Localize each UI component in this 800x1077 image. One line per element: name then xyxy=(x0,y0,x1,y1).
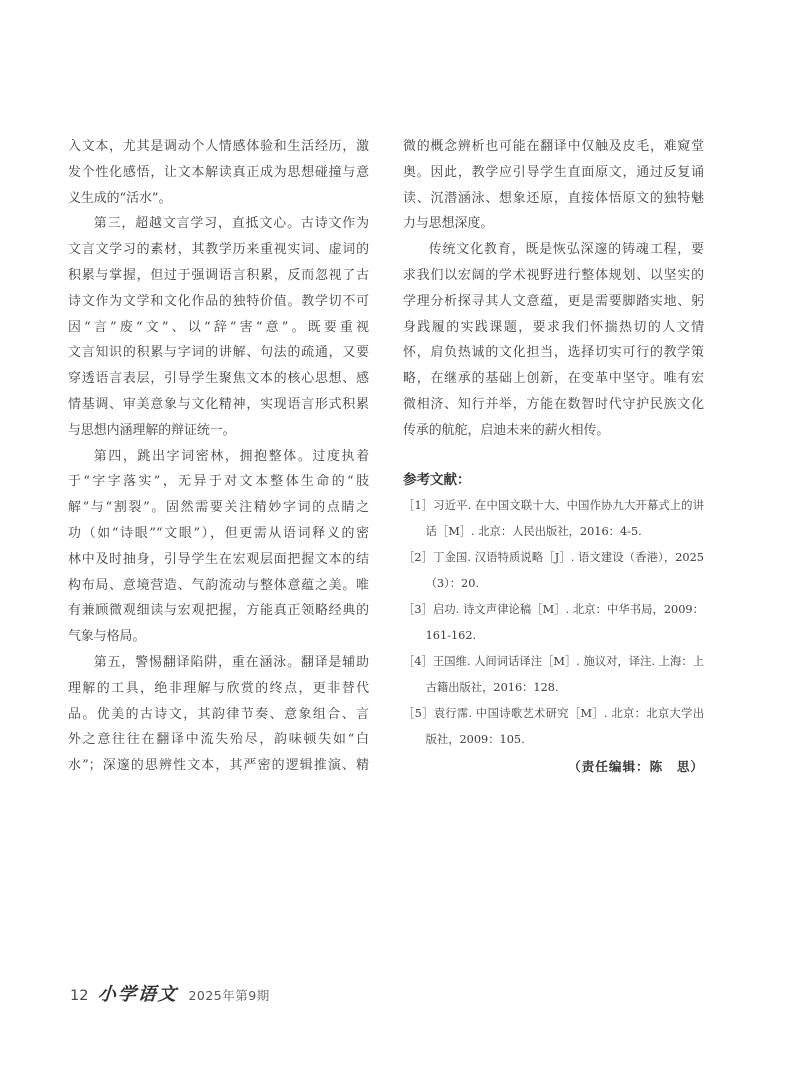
text-line: 身践履的实践课题，要求我们怀揣热切的人文情 xyxy=(403,315,704,341)
text-line: 诗文作为文学和文化作品的独特价值。教学切不可 xyxy=(68,289,369,315)
text-line: 解”与“割裂”。固然需要关注精妙字词的点睛之 xyxy=(68,495,369,521)
text-line: 微相济、知行并举，方能在数智时代守护民族文化 xyxy=(403,392,704,418)
editor-note: （责任编辑：陈 思） xyxy=(403,754,704,780)
text-line: 第五，警惕翻译陷阱，重在涵泳。翻译是辅助 xyxy=(68,650,369,676)
page-footer: 12 小学语文 2025年第9期 xyxy=(70,980,270,1006)
text-line: 学理分析探寻其人文意蕴，更是需要脚踏实地、躬 xyxy=(403,289,704,315)
text-line: 力与思想深度。 xyxy=(403,211,704,237)
reference-line: ［5］袁行霈. 中国诗歌艺术研究［M］. 北京：北京大学出 xyxy=(403,701,704,727)
text-line: 穿透语言表层，引导学生聚焦文本的核心思想、感 xyxy=(68,366,369,392)
text-line: 读、沉潜涵泳、想象还原，直接体悟原文的独特魅 xyxy=(403,186,704,212)
text-line: 微的概念辨析也可能在翻译中仅触及皮毛，难窥堂 xyxy=(403,134,704,160)
left-text-column: 入文本，尤其是调动个人情感体验和生活经历，激发个性化感悟，让文本解读真正成为思想… xyxy=(68,134,369,779)
reference-line: 话［M］. 北京：人民出版社，2016：4-5. xyxy=(403,519,704,545)
references-heading: 参考文献： xyxy=(403,467,704,493)
text-line: 传统文化教育，既是恢弘深邃的铸魂工程，要 xyxy=(403,237,704,263)
text-line: 外之意往往在翻译中流失殆尽，韵味顿失如“白 xyxy=(68,727,369,753)
text-line: 第三，超越文言学习，直抵文心。古诗文作为 xyxy=(68,211,369,237)
text-line: 入文本，尤其是调动个人情感体验和生活经历，激 xyxy=(68,134,369,160)
text-line: 有兼顾微观细读与宏观把握，方能真正领略经典的 xyxy=(68,598,369,624)
right-body-text: 微的概念辨析也可能在翻译中仅触及皮毛，难窥堂奥。因此，教学应引导学生直面原文，通… xyxy=(403,134,704,444)
text-line: 发个性化感悟，让文本解读真正成为思想碰撞与意 xyxy=(68,160,369,186)
text-line: 积累与掌握，但过于强调语言积累，反而忽视了古 xyxy=(68,263,369,289)
text-line: 于“字字落实”，无异于对文本整体生命的“肢 xyxy=(68,469,369,495)
reference-line: （3）：20. xyxy=(403,571,704,597)
text-line: 因“言”废“文”、以“辞”害“意”。既要重视 xyxy=(68,315,369,341)
text-line: 水”；深邃的思辨性文本，其严密的逻辑推演、精 xyxy=(68,753,369,779)
right-text-column: 微的概念辨析也可能在翻译中仅触及皮毛，难窥堂奥。因此，教学应引导学生直面原文，通… xyxy=(403,134,704,780)
text-line: 怀，肩负热诚的文化担当，选择切实可行的教学策 xyxy=(403,340,704,366)
text-line: 气象与格局。 xyxy=(68,624,369,650)
journal-page: 入文本，尤其是调动个人情感体验和生活经历，激发个性化感悟，让文本解读真正成为思想… xyxy=(0,0,800,1077)
text-line: 第四，跳出字词密林，拥抱整体。过度执着 xyxy=(68,444,369,470)
reference-line: 古籍出版社，2016：128. xyxy=(403,675,704,701)
issue-label: 2025年第9期 xyxy=(188,986,269,1004)
journal-logo: 小学语文 xyxy=(98,980,180,1006)
text-line: 与思想内涵理解的辩证统一。 xyxy=(68,418,369,444)
text-line: 情基调、审美意象与文化精神，实现语言形式积累 xyxy=(68,392,369,418)
text-line: 品。优美的古诗文，其韵律节奏、意象组合、言 xyxy=(68,702,369,728)
reference-line: ［3］启功. 诗文声律论稿［M］. 北京：中华书局，2009： xyxy=(403,597,704,623)
reference-line: ［4］王国维. 人间词话译注［M］. 施议对，译注. 上海：上海 xyxy=(403,649,704,675)
text-line: 求我们以宏阔的学术视野进行整体规划、以坚实的 xyxy=(403,263,704,289)
reference-line: ［1］习近平. 在中国文联十大、中国作协九大开幕式上的讲 xyxy=(403,493,704,519)
text-line: 功（如“诗眼”“文眼”），但更需从语词释义的密 xyxy=(68,521,369,547)
reference-line: ［2］丁金国. 汉语特质说略［J］. 语文建设（香港），2025 xyxy=(403,545,704,571)
page-number: 12 xyxy=(70,988,88,1004)
text-line: 构布局、意境营造、气韵流动与整体意蕴之美。唯 xyxy=(68,573,369,599)
text-line: 义生成的“活水”。 xyxy=(68,186,369,212)
reference-line: 161-162. xyxy=(403,623,704,649)
reference-line: 版社，2009：105. xyxy=(403,727,704,753)
text-line: 传承的航舵，启迪未来的薪火相传。 xyxy=(403,418,704,444)
text-line: 文言知识的积累与字词的讲解、句法的疏通，又要 xyxy=(68,340,369,366)
text-line: 林中及时抽身，引导学生在宏观层面把握文本的结 xyxy=(68,547,369,573)
text-line: 文言文学习的素材，其教学历来重视实词、虚词的 xyxy=(68,237,369,263)
text-line: 理解的工具，绝非理解与欣赏的终点，更非替代 xyxy=(68,676,369,702)
text-line: 奥。因此，教学应引导学生直面原文，通过反复诵 xyxy=(403,160,704,186)
references-list: ［1］习近平. 在中国文联十大、中国作协九大开幕式上的讲话［M］. 北京：人民出… xyxy=(403,493,704,753)
text-line: 略，在继承的基础上创新，在变革中坚守。唯有宏 xyxy=(403,366,704,392)
